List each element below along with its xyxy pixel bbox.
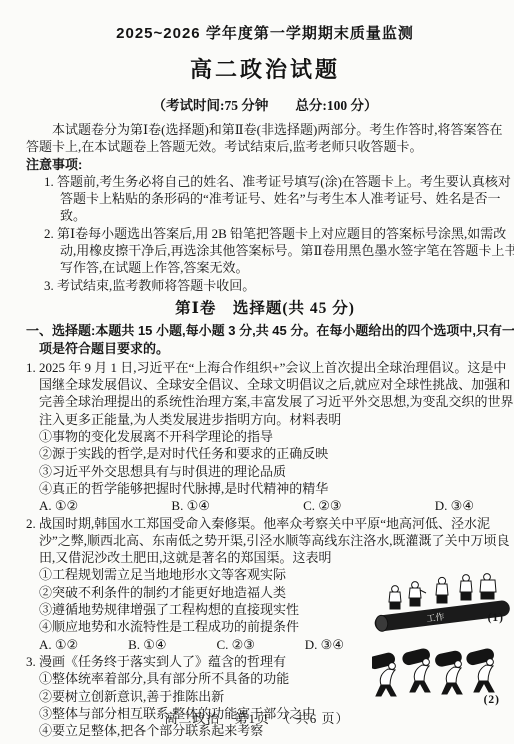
exam-title: 高二政治试题: [26, 53, 504, 84]
question-1-statement-2: ②源于实践的哲学,是对时代任务和要求的正确反映: [26, 445, 504, 462]
cartoon-panel-2: (2): [372, 636, 510, 708]
cartoon-task-assigned: 工作: [372, 568, 510, 708]
intro-paragraph: 本试题卷分为第Ⅰ卷(选择题)和第Ⅱ卷(非选择题)两部分。考生作答时,将答案答在答…: [26, 121, 504, 156]
question-2-option-d: D. ③④: [305, 636, 344, 653]
exam-page: 2025~2026 学年度第一学期期末质量监测 高二政治试题 （考试时间:75 …: [0, 0, 514, 744]
question-1-stem: 1. 2025 年 9 月 1 日,习近平在“上海合作组织+”会议上首次提出全球…: [26, 359, 514, 428]
question-2-option-c: C. ②③: [216, 636, 254, 653]
question-2-option-b: B. ①④: [128, 636, 166, 653]
question-1-statement-1: ①事物的变化发展离不开科学理论的指导: [26, 428, 504, 445]
question-1-option-c: C. ②③: [303, 497, 341, 514]
section-1-instruction: 一、选择题:本题共 15 小题,每小题 3 分,共 45 分。在每小题给出的四个…: [26, 322, 514, 357]
notes-heading: 注意事项:: [26, 156, 504, 173]
question-2-options: A. ①② B. ①④ C. ②③ D. ③④: [26, 636, 344, 653]
section-1-title: 第Ⅰ卷 选择题(共 45 分): [26, 300, 504, 317]
exam-time-score-info: （考试时间:75 分钟 总分:100 分）: [26, 94, 504, 114]
footer-page-info: 高二政治 第1页 （ 共6 页）: [0, 708, 514, 727]
question-1-option-a: A. ①②: [39, 497, 78, 514]
question-3-number: 3.: [26, 654, 36, 669]
question-1-number: 1.: [26, 360, 36, 375]
question-1-stem-text: 2025 年 9 月 1 日,习近平在“上海合作组织+”会议上首次提出全球治理倡…: [39, 360, 514, 427]
question-2-number: 2.: [26, 516, 36, 531]
note-item-1: 1. 答题前,考生务必将自己的姓名、准考证号填写(涂)在答题卡上。考生要认真核对…: [44, 173, 514, 225]
question-1: 1. 2025 年 9 月 1 日,习近平在“上海合作组织+”会议上首次提出全球…: [26, 359, 504, 515]
exam-session-title: 2025~2026 学年度第一学期期末质量监测: [26, 22, 504, 43]
note-item-3: 3. 考试结束,监考教师将答题卡收回。: [44, 277, 514, 294]
cartoon-label-2: (2): [484, 694, 500, 706]
question-3-statement-1: ①整体统率着部分,具有部分所不具备的功能: [26, 670, 398, 687]
question-2-stem: 2. 战国时期,韩国水工郑国受命入秦修渠。他率众考察关中平原“地高河低、泾水泥沙…: [26, 515, 514, 567]
question-1-options: A. ①② B. ①④ C. ②③ D. ③④: [26, 497, 474, 514]
cartoon-panel-1: 工作: [372, 568, 510, 632]
question-2-stem-text: 战国时期,韩国水工郑国受命入秦修渠。他率众考察关中平原“地高河低、泾水泥沙”之弊…: [39, 516, 510, 566]
question-1-option-d: D. ③④: [435, 497, 474, 514]
cartoon-label-1: (1): [488, 612, 504, 624]
note-item-2: 2. 第Ⅰ卷每小题选出答案后,用 2B 铅笔把答题卡上对应题目的答案标号涂黑,如…: [44, 225, 514, 277]
question-1-statement-3: ③习近平外交思想具有与时俱进的理论品质: [26, 463, 504, 480]
question-1-statement-4: ④真正的哲学能够把握时代脉搏,是时代精神的精华: [26, 480, 504, 497]
question-1-option-b: B. ①④: [171, 497, 209, 514]
question-3-stem-text: 漫画《任务终于落实到人了》蕴含的哲理有: [39, 654, 286, 669]
log-text-label: 工作: [426, 611, 445, 624]
question-2-option-a: A. ①②: [39, 636, 78, 653]
question-3-statement-2: ②要树立创新意识,善于推陈出新: [26, 688, 398, 705]
